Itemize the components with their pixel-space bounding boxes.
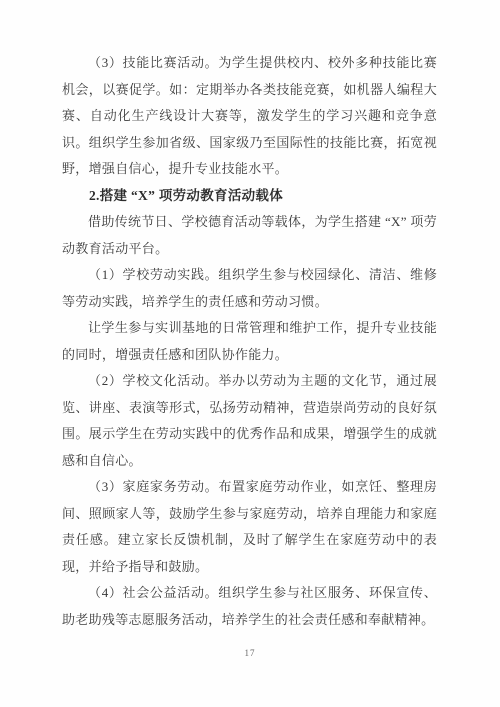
paragraph-skill-competition: （3）技能比赛活动。为学生提供校内、校外多种技能比赛机会，以赛促学。如：定期举办…	[62, 50, 437, 183]
paragraph-platform-intro: 借助传统节日、学校德育活动等载体，为学生搭建 “X” 项劳动教育活动平台。	[62, 209, 437, 262]
paragraph-training-base: 让学生参与实训基地的日常管理和维护工作，提升专业技能的同时，增强责任感和团队协作…	[62, 315, 437, 368]
paragraph-family-housework: （3）家庭家务劳动。布置家庭劳动作业，如烹饪、整理房间、照顾家人等，鼓励学生参与…	[62, 474, 437, 580]
paragraph-school-labor-practice: （1）学校劳动实践。组织学生参与校园绿化、清洁、维修等劳动实践，培养学生的责任感…	[62, 262, 437, 315]
paragraph-public-welfare: （4）社会公益活动。组织学生参与社区服务、环保宣传、助老助残等志愿服务活动，培养…	[62, 580, 437, 633]
section-heading-x-platform: 2.搭建 “X” 项劳动教育活动载体	[62, 183, 437, 210]
page-content: （3）技能比赛活动。为学生提供校内、校外多种技能比赛机会，以赛促学。如：定期举办…	[62, 50, 437, 633]
paragraph-school-culture-activity: （2）学校文化活动。举办以劳动为主题的文化节，通过展览、讲座、表演等形式，弘扬劳…	[62, 368, 437, 474]
page-number: 17	[0, 648, 500, 658]
document-page: （3）技能比赛活动。为学生提供校内、校外多种技能比赛机会，以赛促学。如：定期举办…	[0, 0, 500, 707]
